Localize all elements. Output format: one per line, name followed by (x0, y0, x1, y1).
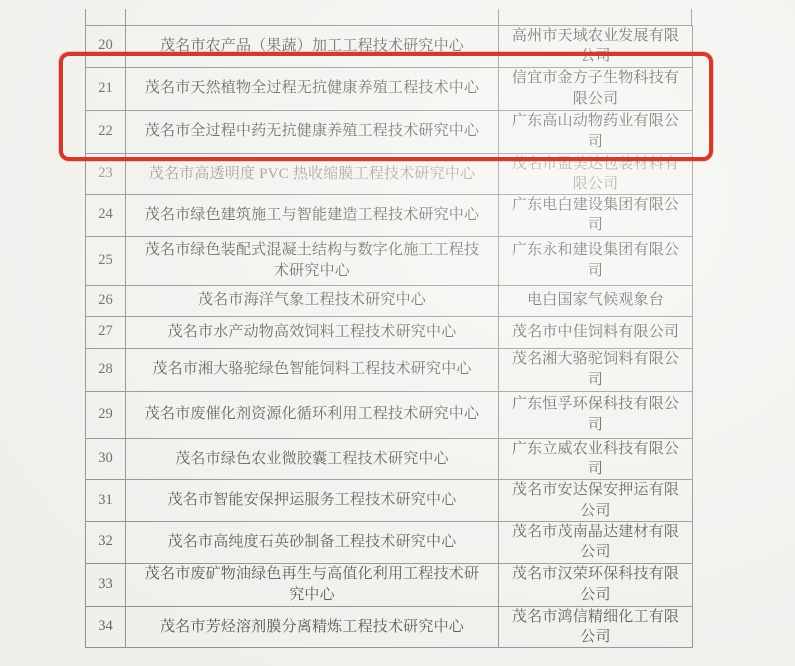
row-number-cell: 32 (86, 522, 126, 564)
company-name-cell: 茂名市茂南晶达建材有限公司 (499, 522, 693, 564)
center-name-cell: 茂名市绿色农业微胶囊工程技术研究中心 (126, 438, 499, 480)
row-number-cell: 24 (86, 195, 126, 237)
company-name-cell: 广东电白建设集团有限公司 (499, 195, 693, 237)
center-name-cell: 茂名市智能安保押运服务工程技术研究中心 (126, 480, 499, 522)
center-name-cell: 茂名市高纯度石英砂制备工程技术研究中心 (126, 522, 499, 564)
row-number-cell: 28 (86, 348, 126, 391)
table-row: 27 茂名市水产动物高效饲料工程技术研究中心 茂名市中佳饲料有限公司 (86, 316, 693, 348)
row-number-cell: 23 (86, 153, 126, 195)
table-row: 20 茂名市农产品（果蔬）加工工程技术研究中心 高州市天域农业发展有限公司 (86, 26, 693, 68)
table-row: 26 茂名市海洋气象工程技术研究中心 电白国家气候观象台 (86, 285, 693, 316)
center-name-cell: 茂名市海洋气象工程技术研究中心 (126, 285, 499, 316)
center-name-cell: 茂名市全过程中药无抗健康养殖工程技术研究中心 (126, 110, 499, 153)
center-name-cell: 茂名市绿色建筑施工与智能建造工程技术研究中心 (126, 195, 499, 237)
row-number-cell: 34 (86, 606, 126, 648)
company-name-cell: 茂名市盈美达包装材料有限公司 (499, 153, 693, 195)
table-row: 30 茂名市绿色农业微胶囊工程技术研究中心 广东立威农业科技有限公司 (86, 438, 693, 480)
company-name-cell: 广东高山动物药业有限公司 (499, 110, 693, 153)
table-row: 23 茂名市高透明度 PVC 热收缩膜工程技术研究中心 茂名市盈美达包装材料有限… (86, 153, 693, 195)
company-name-cell: 电白国家气候观象台 (499, 285, 693, 316)
row-number-cell: 31 (86, 480, 126, 522)
table-row: 32 茂名市高纯度石英砂制备工程技术研究中心 茂名市茂南晶达建材有限公司 (86, 522, 693, 564)
center-name-cell: 茂名市水产动物高效饲料工程技术研究中心 (126, 316, 499, 348)
company-name-cell: 茂名市鸿信精细化工有限公司 (499, 606, 693, 648)
row-number-cell: 29 (86, 391, 126, 438)
row-number-cell: 22 (86, 110, 126, 153)
company-name-cell: 茂名湘大骆驼饲料有限公司 (499, 348, 693, 391)
company-name-cell: 高州市天域农业发展有限公司 (499, 26, 693, 68)
table-row: 31 茂名市智能安保押运服务工程技术研究中心 茂名市安达保安押运有限公司 (86, 480, 693, 522)
company-name-cell: 信宜市金方子生物科技有限公司 (499, 67, 693, 110)
table-row: 34 茂名市芳烃溶剂膜分离精炼工程技术研究中心 茂名市鸿信精细化工有限公司 (86, 606, 693, 648)
company-name-cell: 茂名市安达保安押运有限公司 (499, 480, 693, 522)
research-centers-table: 20 茂名市农产品（果蔬）加工工程技术研究中心 高州市天域农业发展有限公司 21… (85, 25, 693, 648)
table-edge-stub-right (691, 9, 692, 25)
row-number-cell: 21 (86, 67, 126, 110)
company-name-cell: 广东立威农业科技有限公司 (499, 438, 693, 480)
center-name-cell: 茂名市天然植物全过程无抗健康养殖工程技术中心 (126, 67, 499, 110)
company-name-cell: 茂名市汉荣环保科技有限公司 (499, 563, 693, 606)
center-name-cell: 茂名市废催化剂资源化循环利用工程技术研究中心 (126, 391, 499, 438)
table-edge-stub-col1 (125, 9, 126, 25)
company-name-cell: 广东永和建设集团有限公司 (499, 236, 693, 285)
table-row: 33 茂名市废矿物油绿色再生与高值化利用工程技术研究中心 茂名市汉荣环保科技有限… (86, 563, 693, 606)
center-name-cell: 茂名市高透明度 PVC 热收缩膜工程技术研究中心 (126, 153, 499, 195)
table-row: 22 茂名市全过程中药无抗健康养殖工程技术研究中心 广东高山动物药业有限公司 (86, 110, 693, 153)
table-row: 25 茂名市绿色装配式混凝土结构与数字化施工工程技术研究中心 广东永和建设集团有… (86, 236, 693, 285)
table-row: 29 茂名市废催化剂资源化循环利用工程技术研究中心 广东恒孚环保科技有限公司 (86, 391, 693, 438)
row-number-cell: 27 (86, 316, 126, 348)
center-name-cell: 茂名市湘大骆驼绿色智能饲料工程技术研究中心 (126, 348, 499, 391)
center-name-cell: 茂名市芳烃溶剂膜分离精炼工程技术研究中心 (126, 606, 499, 648)
center-name-cell: 茂名市废矿物油绿色再生与高值化利用工程技术研究中心 (126, 563, 499, 606)
company-name-cell: 茂名市中佳饲料有限公司 (499, 316, 693, 348)
table-row: 21 茂名市天然植物全过程无抗健康养殖工程技术中心 信宜市金方子生物科技有限公司 (86, 67, 693, 110)
center-name-cell: 茂名市绿色装配式混凝土结构与数字化施工工程技术研究中心 (126, 236, 499, 285)
company-name-cell: 广东恒孚环保科技有限公司 (499, 391, 693, 438)
table-edge-stub-left (85, 9, 86, 25)
row-number-cell: 20 (86, 26, 126, 68)
scanned-document-page: 20 茂名市农产品（果蔬）加工工程技术研究中心 高州市天域农业发展有限公司 21… (0, 0, 795, 666)
table-row: 28 茂名市湘大骆驼绿色智能饲料工程技术研究中心 茂名湘大骆驼饲料有限公司 (86, 348, 693, 391)
row-number-cell: 30 (86, 438, 126, 480)
table-edge-stub-col2 (498, 9, 499, 25)
row-number-cell: 33 (86, 563, 126, 606)
row-number-cell: 25 (86, 236, 126, 285)
center-name-cell: 茂名市农产品（果蔬）加工工程技术研究中心 (126, 26, 499, 68)
row-number-cell: 26 (86, 285, 126, 316)
table-row: 24 茂名市绿色建筑施工与智能建造工程技术研究中心 广东电白建设集团有限公司 (86, 195, 693, 237)
